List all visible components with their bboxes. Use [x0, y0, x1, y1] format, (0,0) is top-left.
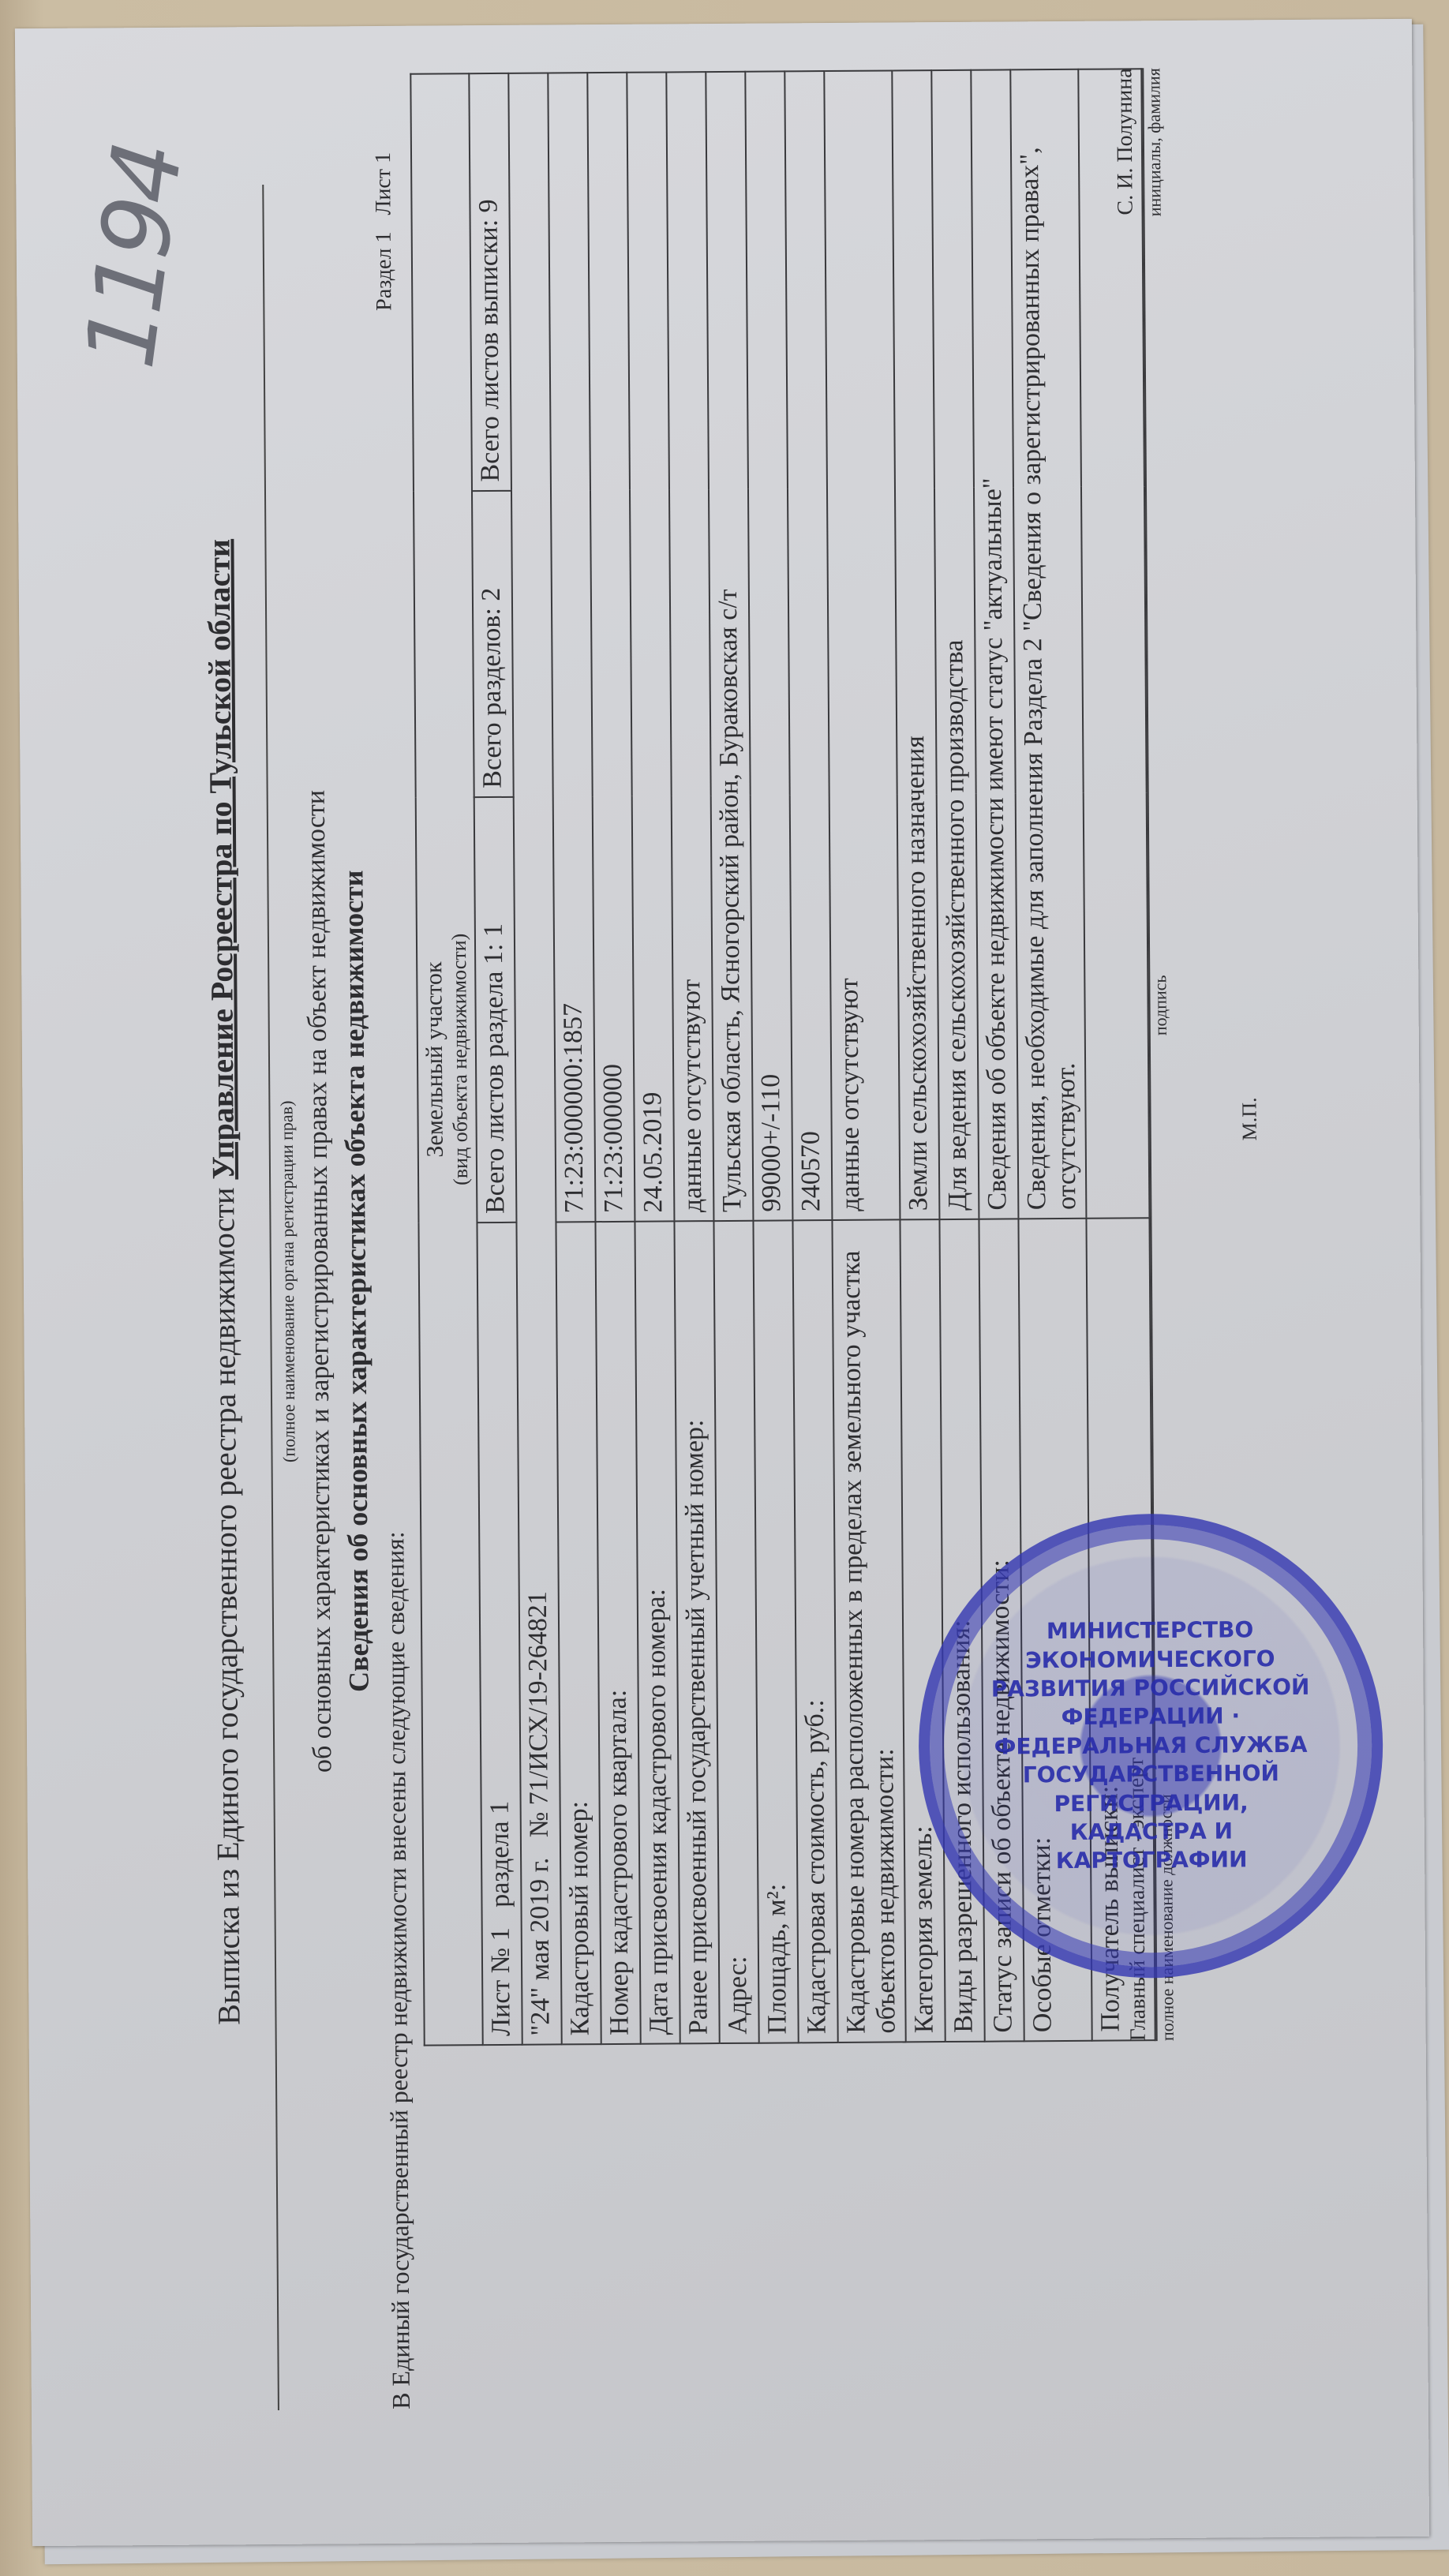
- extract-date: "24" мая 2019 г.: [525, 1858, 556, 2036]
- signer-name: С. И. Полунина: [1112, 68, 1138, 215]
- seal-label: М.П.: [1237, 1097, 1261, 1140]
- sheet-number: Лист № 1 раздела 1: [477, 1222, 522, 2045]
- handwritten-number: 1194: [66, 140, 204, 374]
- total-sheets-section: Всего листов раздела 1: 1: [474, 797, 517, 1223]
- intro-text: В Единый государственный реестр недвижим…: [380, 1531, 416, 2409]
- official-stamp: МИНИСТЕРСТВО ЭКОНОМИЧЕСКОГО РАЗВИТИЯ РОС…: [917, 1512, 1384, 1979]
- title-prefix: Выписка из Единого государственного реес…: [205, 1187, 246, 2025]
- document-title: Выписка из Единого государственного реес…: [197, 153, 250, 2410]
- signature-caption: подпись: [1150, 975, 1171, 1035]
- total-sections: Всего разделов: 2: [472, 490, 514, 797]
- rotated-page: 1194 Выписка из Единого государственного…: [94, 51, 1342, 2491]
- stamp-text: МИНИСТЕРСТВО ЭКОНОМИЧЕСКОГО РАЗВИТИЯ РОС…: [984, 1616, 1317, 1876]
- extract-number: № 71/ИСХ/19-264821: [523, 1591, 554, 1837]
- name-caption: инициалы, фамилия: [1144, 68, 1165, 216]
- org-name: Управление Росреестра по Тульской област…: [200, 539, 241, 1180]
- section-sheet-label: Раздел 1 Лист 1: [371, 152, 397, 311]
- document-sheet: 1194 Выписка из Единого государственного…: [15, 19, 1429, 2546]
- total-sheets-extract: Всего листов выписки: 9: [469, 73, 511, 491]
